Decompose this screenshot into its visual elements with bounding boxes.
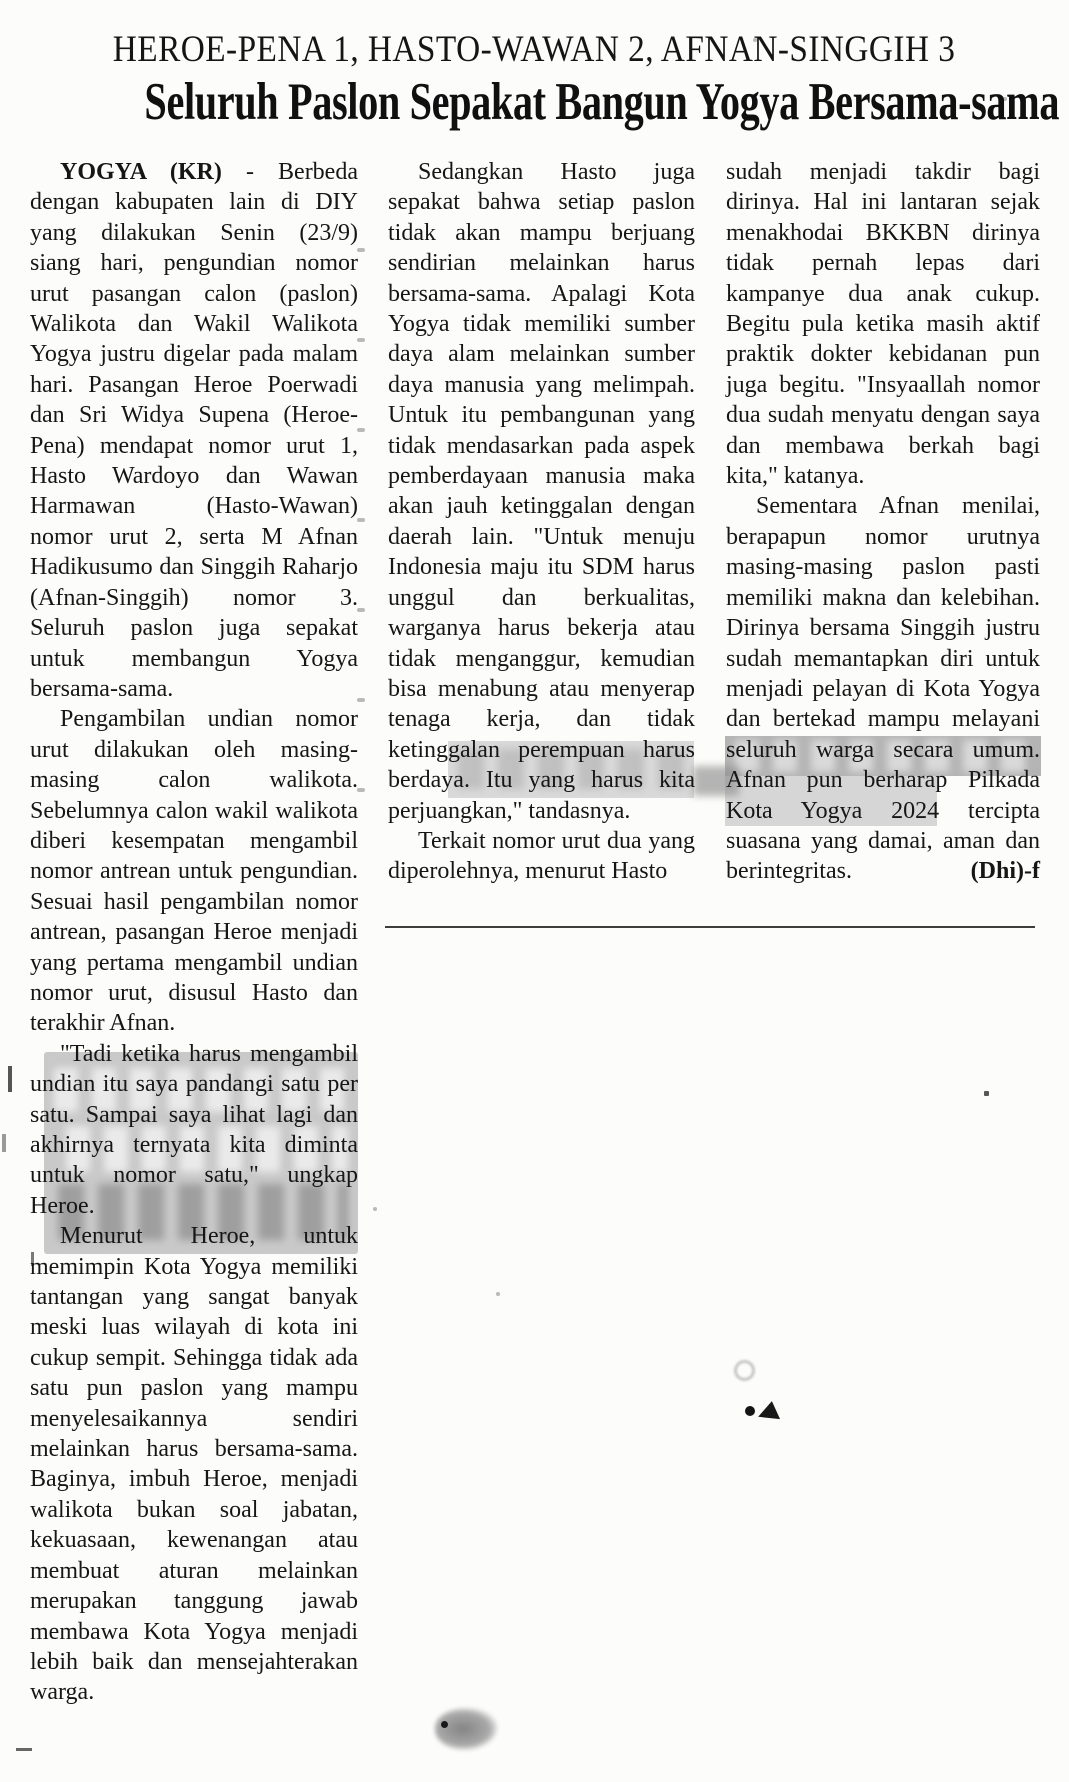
paragraph: Menurut Heroe, untuk memimpin Kota Yogya… (30, 1221, 358, 1708)
gutter-dash (357, 608, 365, 612)
stray-dot-mark (745, 1406, 755, 1416)
gutter-dash (357, 788, 365, 792)
paragraph: sudah menjadi takdir bagi dirinya. Hal i… (726, 157, 1040, 491)
margin-tick (8, 1066, 12, 1092)
paragraph: "Tadi ketika harus mengambil undian itu … (30, 1039, 358, 1221)
margin-tick (16, 1748, 32, 1751)
gutter-dash (357, 428, 365, 432)
gutter-dash (357, 338, 365, 342)
gutter-dash (357, 248, 365, 252)
paragraph: Terkait nomor urut dua yang diperolehnya… (388, 826, 695, 887)
kicker-headline: HEROE-PENA 1, HASTO-WAWAN 2, AFNAN-SINGG… (0, 28, 1069, 71)
article-column-1: YOGYA (KR) - Berbeda dengan kabupaten la… (30, 157, 358, 1708)
newspaper-clipping: HEROE-PENA 1, HASTO-WAWAN 2, AFNAN-SINGG… (0, 0, 1069, 1782)
paper-speck (984, 1091, 989, 1096)
margin-tick (2, 1134, 6, 1152)
paragraph-lede: YOGYA (KR) - Berbeda dengan kabupaten la… (30, 157, 358, 704)
paragraph: Sedangkan Hasto juga sepakat bahwa setia… (388, 157, 695, 826)
headline-text: Seluruh Paslon Sepakat Bangun Yogya Bers… (144, 72, 1059, 132)
dateline: YOGYA (KR) (60, 159, 222, 185)
faint-ring-mark (734, 1360, 755, 1381)
paper-speck (373, 1207, 377, 1211)
article-column-2: Sedangkan Hasto juga sepakat bahwa setia… (388, 157, 695, 887)
ink-smudge (435, 1708, 497, 1750)
article-column-3: sudah menjadi takdir bagi dirinya. Hal i… (726, 157, 1040, 887)
paragraph-text: Sementara Afnan menilai, berapapun nomor… (726, 493, 1040, 884)
gutter-dash (357, 518, 365, 522)
paper-speck (496, 1292, 500, 1296)
article-end-rule (385, 926, 1035, 928)
paragraph-text: - Berbeda dengan kabupaten lain di DIY y… (30, 159, 358, 702)
kicker-text: HEROE-PENA 1, HASTO-WAWAN 2, AFNAN-SINGG… (113, 28, 956, 71)
gutter-dash (357, 698, 365, 702)
ink-smudge-dot (441, 1721, 448, 1728)
stray-triangle-mark (758, 1400, 782, 1419)
paragraph: Pengambilan undian nomor urut dilakukan … (30, 704, 358, 1038)
paragraph-closing: Sementara Afnan menilai, berapapun nomor… (726, 491, 1040, 886)
main-headline: Seluruh Paslon Sepakat Bangun Yogya Bers… (0, 72, 1069, 132)
byline: (Dhi)-f (971, 856, 1040, 886)
